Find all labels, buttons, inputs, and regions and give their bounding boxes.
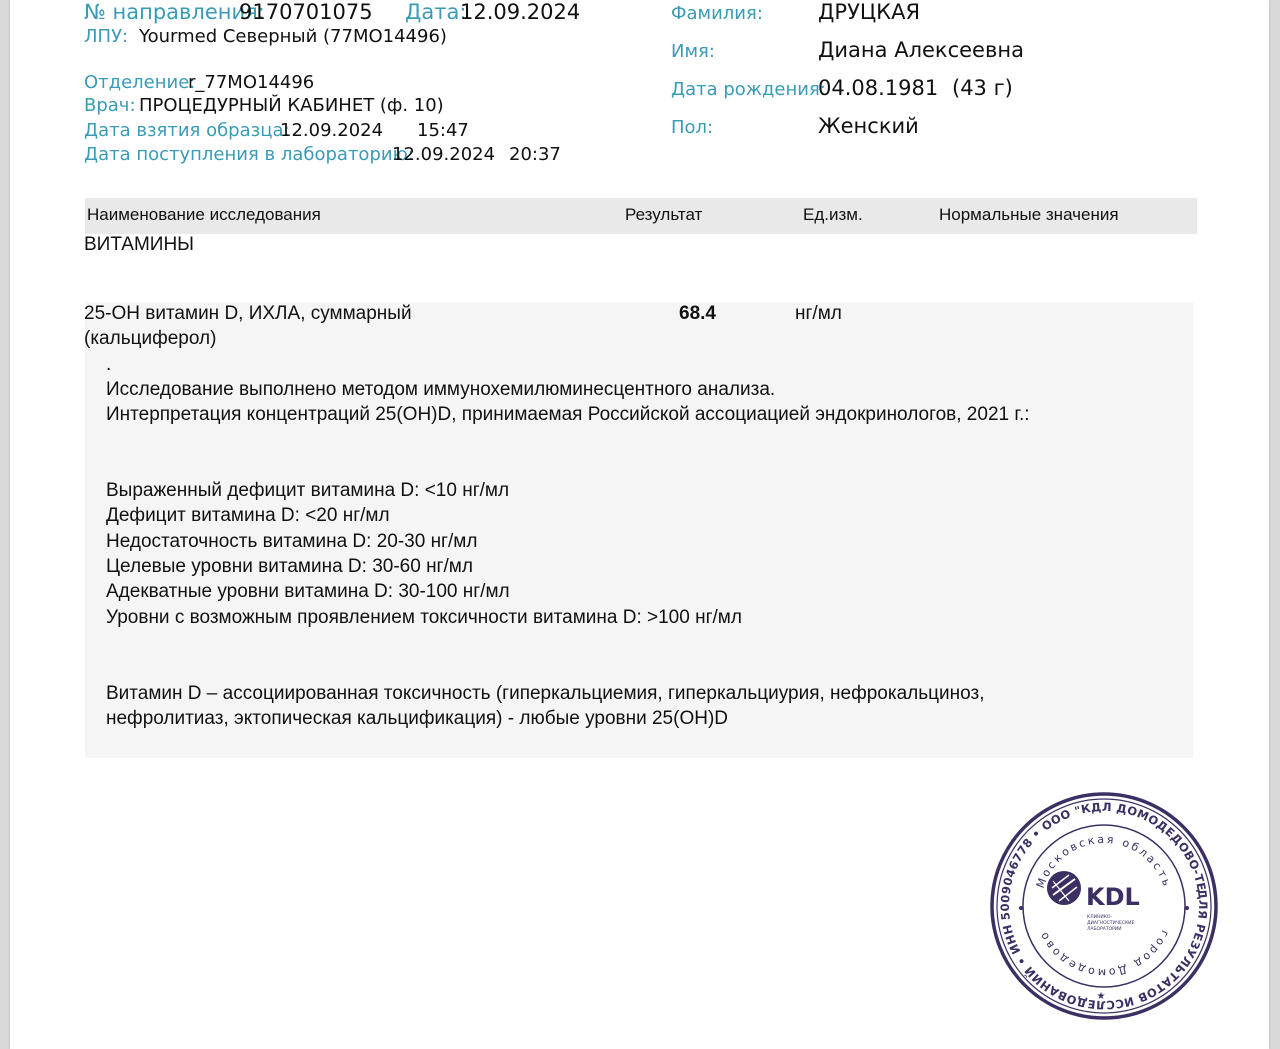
kdl-logo-icon — [1047, 871, 1081, 905]
doctor-label: Врач: — [84, 95, 136, 116]
lab-date-label: Дата поступления в лабораторию: — [84, 144, 414, 165]
level-deficiency: Дефицит витамина D: <20 нг/мл — [106, 503, 1030, 528]
toxicity-note-line2: нефролитиаз, эктопическая кальцификация)… — [106, 706, 1030, 731]
table-row: 25-ОН витамин D, ИХЛА, суммарный (кальци… — [85, 302, 1193, 758]
svg-text:КЛИНИКО-: КЛИНИКО- — [1087, 914, 1112, 920]
stamp-logo-text: KDL — [1086, 883, 1140, 911]
name-label: Имя: — [671, 41, 715, 62]
test-name-line2: (кальциферол) — [84, 328, 216, 350]
birth-value: 04.08.1981 — [818, 76, 938, 100]
name-value: Диана Алексеевна — [818, 38, 1024, 62]
column-header-unit: Ед.изм. — [803, 205, 863, 225]
test-name-line1: 25-ОН витамин D, ИХЛА, суммарный — [84, 303, 412, 325]
test-result-value: 68.4 — [679, 303, 716, 325]
department-value: r_77MO14496 — [188, 72, 314, 93]
svg-text:ДИАГНОСТИЧЕСКИЕ: ДИАГНОСТИЧЕСКИЕ — [1087, 920, 1135, 926]
referral-number: 9170701075 — [239, 0, 373, 24]
column-header-test-name: Наименование исследования — [87, 205, 321, 225]
age-value: (43 г) — [952, 76, 1013, 100]
department-label: Отделение: — [84, 72, 195, 93]
svg-text:★: ★ — [1097, 991, 1106, 1002]
lpu-label: ЛПУ: — [84, 26, 128, 47]
birth-label: Дата рождения: — [671, 79, 826, 100]
sample-date-value: 12.09.2024 — [280, 120, 383, 141]
sex-value: Женский — [818, 114, 919, 138]
level-target: Целевые уровни витамина D: 30-60 нг/мл — [106, 554, 1030, 579]
lab-date-value: 12.09.2024 — [392, 144, 495, 165]
level-adequate: Адекватные уровни витамина D: 30-100 нг/… — [106, 579, 1030, 604]
lpu-value: Yourmed Северный (77МО14496) — [139, 26, 447, 47]
comment-dot: . — [106, 352, 1030, 377]
sample-date-label: Дата взятия образца: — [84, 120, 290, 141]
surname-value: ДРУЦКАЯ — [818, 0, 920, 24]
date-label: Дата: — [405, 0, 466, 24]
stamp-seal-icon: ДЛЯ РЕЗУЛЬТАТОВ ИССЛЕДОВАНИЙ • ИНН 50090… — [989, 791, 1219, 1021]
referral-label: № направления: — [84, 0, 265, 24]
comment-method: Исследование выполнено методом иммунохем… — [106, 377, 1030, 402]
result-comment: . Исследование выполнено методом иммунох… — [106, 352, 1030, 731]
results-table-header: Наименование исследования Результат Ед.и… — [85, 198, 1197, 234]
column-header-result: Результат — [625, 205, 702, 225]
toxicity-note-line1: Витамин D – ассоциированная токсичность … — [106, 681, 1030, 706]
lab-report-page: № направления: 9170701075 Дата: 12.09.20… — [10, 0, 1269, 1049]
level-insufficiency: Недостаточность витамина D: 20-30 нг/мл — [106, 529, 1030, 554]
date-value: 12.09.2024 — [460, 0, 580, 24]
level-severe-deficiency: Выраженный дефицит витамина D: <10 нг/мл — [106, 478, 1030, 503]
sex-label: Пол: — [671, 117, 713, 138]
lab-stamp: ДЛЯ РЕЗУЛЬТАТОВ ИССЛЕДОВАНИЙ • ИНН 50090… — [989, 791, 1219, 1021]
section-title-vitamins: ВИТАМИНЫ — [84, 234, 194, 256]
surname-label: Фамилия: — [671, 3, 763, 24]
doctor-value: ПРОЦЕДУРНЫЙ КАБИНЕТ (ф. 10) — [139, 95, 444, 116]
comment-interpretation-title: Интерпретация концентраций 25(OH)D, прин… — [106, 402, 1030, 427]
svg-text:ЛАБОРАТОРИИ: ЛАБОРАТОРИИ — [1087, 926, 1122, 932]
lab-time-value: 20:37 — [509, 144, 561, 165]
sample-time-value: 15:47 — [417, 120, 469, 141]
test-unit: нг/мл — [795, 303, 842, 325]
level-toxicity: Уровни с возможным проявлением токсичнос… — [106, 605, 1030, 630]
column-header-normal-values: Нормальные значения — [939, 205, 1119, 225]
